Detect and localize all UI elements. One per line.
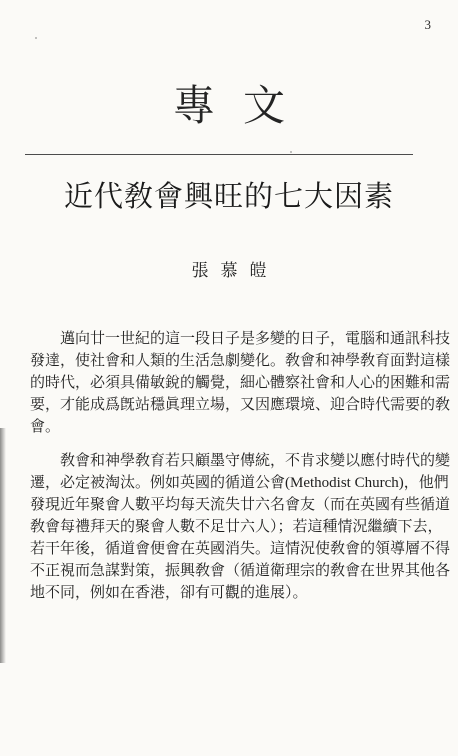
body-line: 會。 — [30, 416, 428, 438]
body-line: 邁向廿一世紀的這一段日子是多變的日子，電腦和通訊科技 — [30, 328, 428, 350]
body-line: 敎會每禮拜天的聚會人數不足廿六人）；若這種情況繼續下去， — [30, 516, 428, 538]
scan-speck — [290, 151, 292, 153]
body-line: 發達，使社會和人類的生活急劇變化。敎會和神學敎育面對這樣 — [30, 350, 428, 372]
scan-speck — [35, 37, 37, 39]
paragraph: 邁向廿一世紀的這一段日子是多變的日子，電腦和通訊科技 發達，使社會和人類的生活急… — [30, 328, 428, 438]
body-line: 不正視而急謀對策，振興敎會（循道衛理宗的敎會在世界其他各 — [30, 560, 428, 582]
scan-edge-shadow — [0, 428, 6, 663]
page-number: 3 — [425, 17, 432, 33]
body-line: 發現近年聚會人數平均每天流失廿六名會友（而在英國有些循道 — [30, 494, 428, 516]
document-page: 3 專文 近代敎會興旺的七大因素 張慕皚 邁向廿一世紀的這一段日子是多變的日子，… — [0, 0, 458, 756]
horizontal-rule — [25, 154, 413, 155]
article-author: 張慕皚 — [0, 256, 458, 281]
body-line: 地不同，例如在香港，卻有可觀的進展）。 — [30, 582, 428, 604]
section-title: 專文 — [0, 84, 458, 130]
body-line: 遷，必定被淘汰。例如英國的循道公會(Methodist Church)，他們 — [30, 472, 428, 494]
article-body: 邁向廿一世紀的這一段日子是多變的日子，電腦和通訊科技 發達，使社會和人類的生活急… — [30, 328, 428, 616]
body-line: 敎會和神學敎育若只顧墨守傳統，不肯求變以應付時代的變 — [30, 450, 428, 472]
paragraph: 敎會和神學敎育若只顧墨守傳統，不肯求變以應付時代的變 遷，必定被淘汰。例如英國的… — [30, 450, 428, 604]
body-line: 的時代，必須具備敏銳的觸覺，細心體察社會和人心的困難和需 — [30, 372, 428, 394]
article-title: 近代敎會興旺的七大因素 — [0, 181, 458, 214]
body-line: 若干年後，循道會便會在英國消失。這情況使敎會的領導層不得 — [30, 538, 428, 560]
body-line: 要，才能成爲旣站穩眞理立場，又因應環境、迎合時代需要的敎 — [30, 394, 428, 416]
